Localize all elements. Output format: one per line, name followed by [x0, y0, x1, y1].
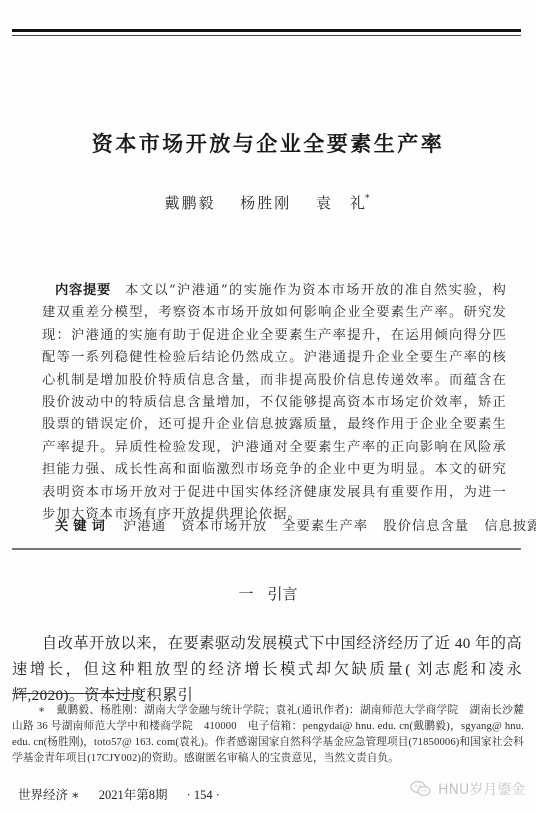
- header-rule-thick: [12, 29, 521, 32]
- keyword: 资本市场开放: [181, 519, 267, 534]
- keyword: 信息披露: [484, 519, 536, 534]
- watermark-text: HNU岁月鎏金: [438, 779, 525, 799]
- keyword: 沪港通: [123, 519, 166, 534]
- author-footnote: ∗ 戴鹏毅、杨胜刚：湖南大学金融与统计学院；袁礼(通讯作者)：湖南师范大学商学院…: [12, 703, 524, 767]
- section-heading: 一引言: [0, 583, 536, 604]
- issue-number: 2021年第8期: [99, 788, 168, 802]
- page-footer: 世界经济 ∗ 2021年第8期 · 154 ·: [18, 785, 236, 803]
- author-list: 戴鹏毅 杨胜刚 袁 礼*: [0, 192, 536, 213]
- keywords-label: 关键词: [55, 519, 110, 534]
- author-name: 杨胜刚: [240, 194, 291, 212]
- body-paragraph: 自改革开放以来，在要素驱动发展模式下中国经济经历了近 40 年的高速增长，但这种…: [12, 631, 522, 709]
- section-title: 引言: [268, 585, 298, 603]
- watermark: HNU岁月鎏金: [410, 779, 525, 799]
- section-divider: [12, 548, 521, 550]
- wechat-icon: [410, 780, 432, 798]
- header-rule-thin: [12, 35, 521, 36]
- page-number: · 154 ·: [187, 788, 220, 802]
- footnote-rule: [12, 693, 139, 694]
- abstract-label: 内容提要: [55, 283, 111, 298]
- author-name: 戴鹏毅: [164, 194, 215, 212]
- abstract: 内容提要本文以“沪港通”的实施作为资本市场开放的准自然实验，构建双重差分模型，考…: [42, 280, 507, 526]
- author-footnote-mark: *: [365, 194, 372, 204]
- abstract-text: 本文以“沪港通”的实施作为资本市场开放的准自然实验，构建双重差分模型，考察资本市…: [42, 283, 507, 522]
- section-number: 一: [238, 585, 253, 603]
- author-name: 袁 礼*: [316, 194, 372, 212]
- article-title: 资本市场开放与企业全要素生产率: [0, 128, 536, 158]
- keyword: 股价信息含量: [383, 519, 469, 534]
- keywords: 关键词 沪港通 资本市场开放 全要素生产率 股价信息含量 信息披露: [55, 515, 525, 534]
- keyword: 全要素生产率: [282, 519, 368, 534]
- journal-name: 世界经济 ∗: [18, 788, 80, 802]
